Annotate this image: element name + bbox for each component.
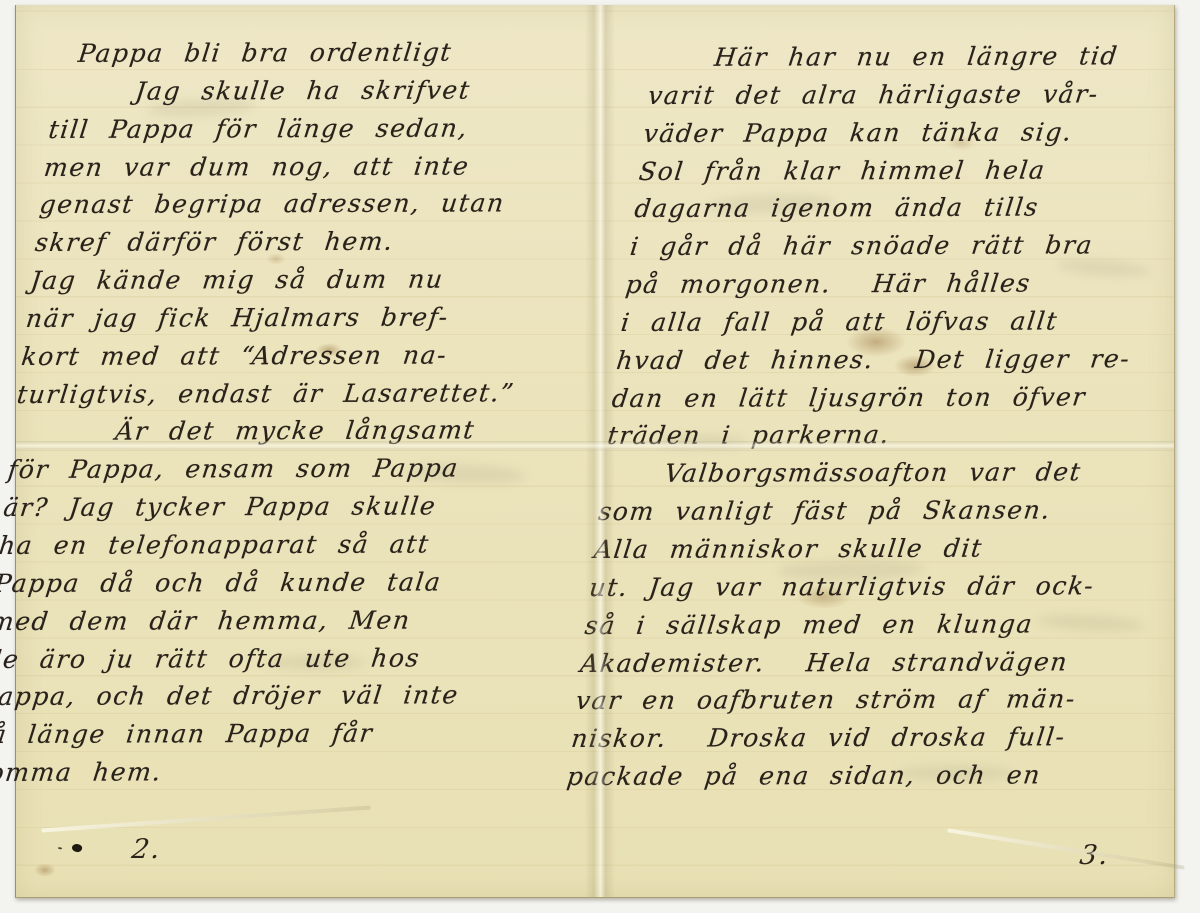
handwritten-line: för Pappa, ensam som Pappa xyxy=(6,449,546,489)
handwritten-line: Pappa bli bra ordentligt xyxy=(55,33,595,73)
page-number-3: 3. xyxy=(1078,840,1112,871)
handwritten-line: Jag skulle ha skrifvet xyxy=(51,71,591,111)
handwritten-line: Akademister. Hela strandvägen xyxy=(578,643,1098,683)
handwritten-text-page-2: Pappa bli bra ordentligt Jag skulle ha s… xyxy=(0,33,595,792)
handwritten-line: turligtvis, endast är Lasarettet.” xyxy=(15,374,555,414)
letter-page-3: Här har nu en längre tidvarit det alra h… xyxy=(599,5,1174,897)
handwritten-line: så i sällskap med en klunga xyxy=(583,605,1103,645)
handwritten-line: packade på ena sidan, och en xyxy=(565,756,1085,796)
handwritten-line: Valborgsmässoafton var det xyxy=(601,453,1121,493)
handwritten-line: väder Pappa kan tänka sig. xyxy=(641,113,1161,153)
handwritten-line: dan en lätt ljusgrön ton öfver xyxy=(610,378,1130,418)
handwritten-line: ha en telefonapparat så att xyxy=(0,525,537,565)
handwritten-line: Alla människor skulle dit xyxy=(592,529,1112,569)
scanner-background: Pappa bli bra ordentligt Jag skulle ha s… xyxy=(0,0,1200,913)
handwritten-line: med dem där hemma, Men xyxy=(0,601,528,641)
handwritten-line: niskor. Droska vid droska full- xyxy=(569,718,1089,758)
handwritten-line: Pappa då och då kunde tala xyxy=(0,563,532,603)
handwritten-line: som vanligt fäst på Skansen. xyxy=(596,491,1116,531)
handwritten-line: när jag fick Hjalmars bref- xyxy=(24,298,564,338)
handwritten-line: var en oafbruten ström af män- xyxy=(574,681,1094,721)
handwritten-line: Jag kände mig så dum nu xyxy=(28,260,568,300)
letter-sheet: Pappa bli bra ordentligt Jag skulle ha s… xyxy=(15,5,1175,898)
handwritten-line: i alla fall på att löfvas allt xyxy=(619,302,1139,342)
handwritten-line: ut. Jag var naturligtvis där ock- xyxy=(587,567,1107,607)
handwritten-line: kort med att “Adressen na- xyxy=(19,336,559,376)
handwritten-line: till Pappa för länge sedan, xyxy=(46,109,586,149)
handwritten-line: skref därför först hem. xyxy=(33,222,573,262)
handwritten-line: dagarna igenom ända tills xyxy=(632,189,1152,229)
handwritten-line: komma hem. xyxy=(0,752,509,792)
handwritten-line: varit det alra härligaste vår- xyxy=(646,75,1166,115)
handwritten-line: Pappa, och det dröjer väl inte xyxy=(0,676,518,716)
handwritten-line: träden i parkerna. xyxy=(605,416,1125,456)
ink-blot xyxy=(71,843,83,854)
handwritten-line: så länge innan Pappa får xyxy=(0,714,514,754)
handwritten-line: de äro ju rätt ofta ute hos xyxy=(0,639,523,679)
handwritten-line: Sol från klar himmel hela xyxy=(637,151,1157,191)
handwritten-line: men var dum nog, att inte xyxy=(42,147,582,187)
handwritten-line: Här har nu en längre tid xyxy=(650,37,1170,77)
handwritten-line: hvad det hinnes. Det ligger re- xyxy=(614,340,1134,380)
handwritten-line: på morgonen. Här hålles xyxy=(623,264,1143,304)
handwritten-line: i går då här snöade rätt bra xyxy=(628,226,1148,266)
letter-page-2: Pappa bli bra ordentligt Jag skulle ha s… xyxy=(16,5,599,897)
handwritten-line: är? Jag tycker Pappa skulle xyxy=(1,487,541,527)
page-number-2: 2. xyxy=(130,834,164,865)
handwritten-line: Är det mycke långsamt xyxy=(10,412,550,452)
handwritten-text-page-3: Här har nu en längre tidvarit det alra h… xyxy=(565,37,1171,796)
handwritten-line: genast begripa adressen, utan xyxy=(37,185,577,225)
